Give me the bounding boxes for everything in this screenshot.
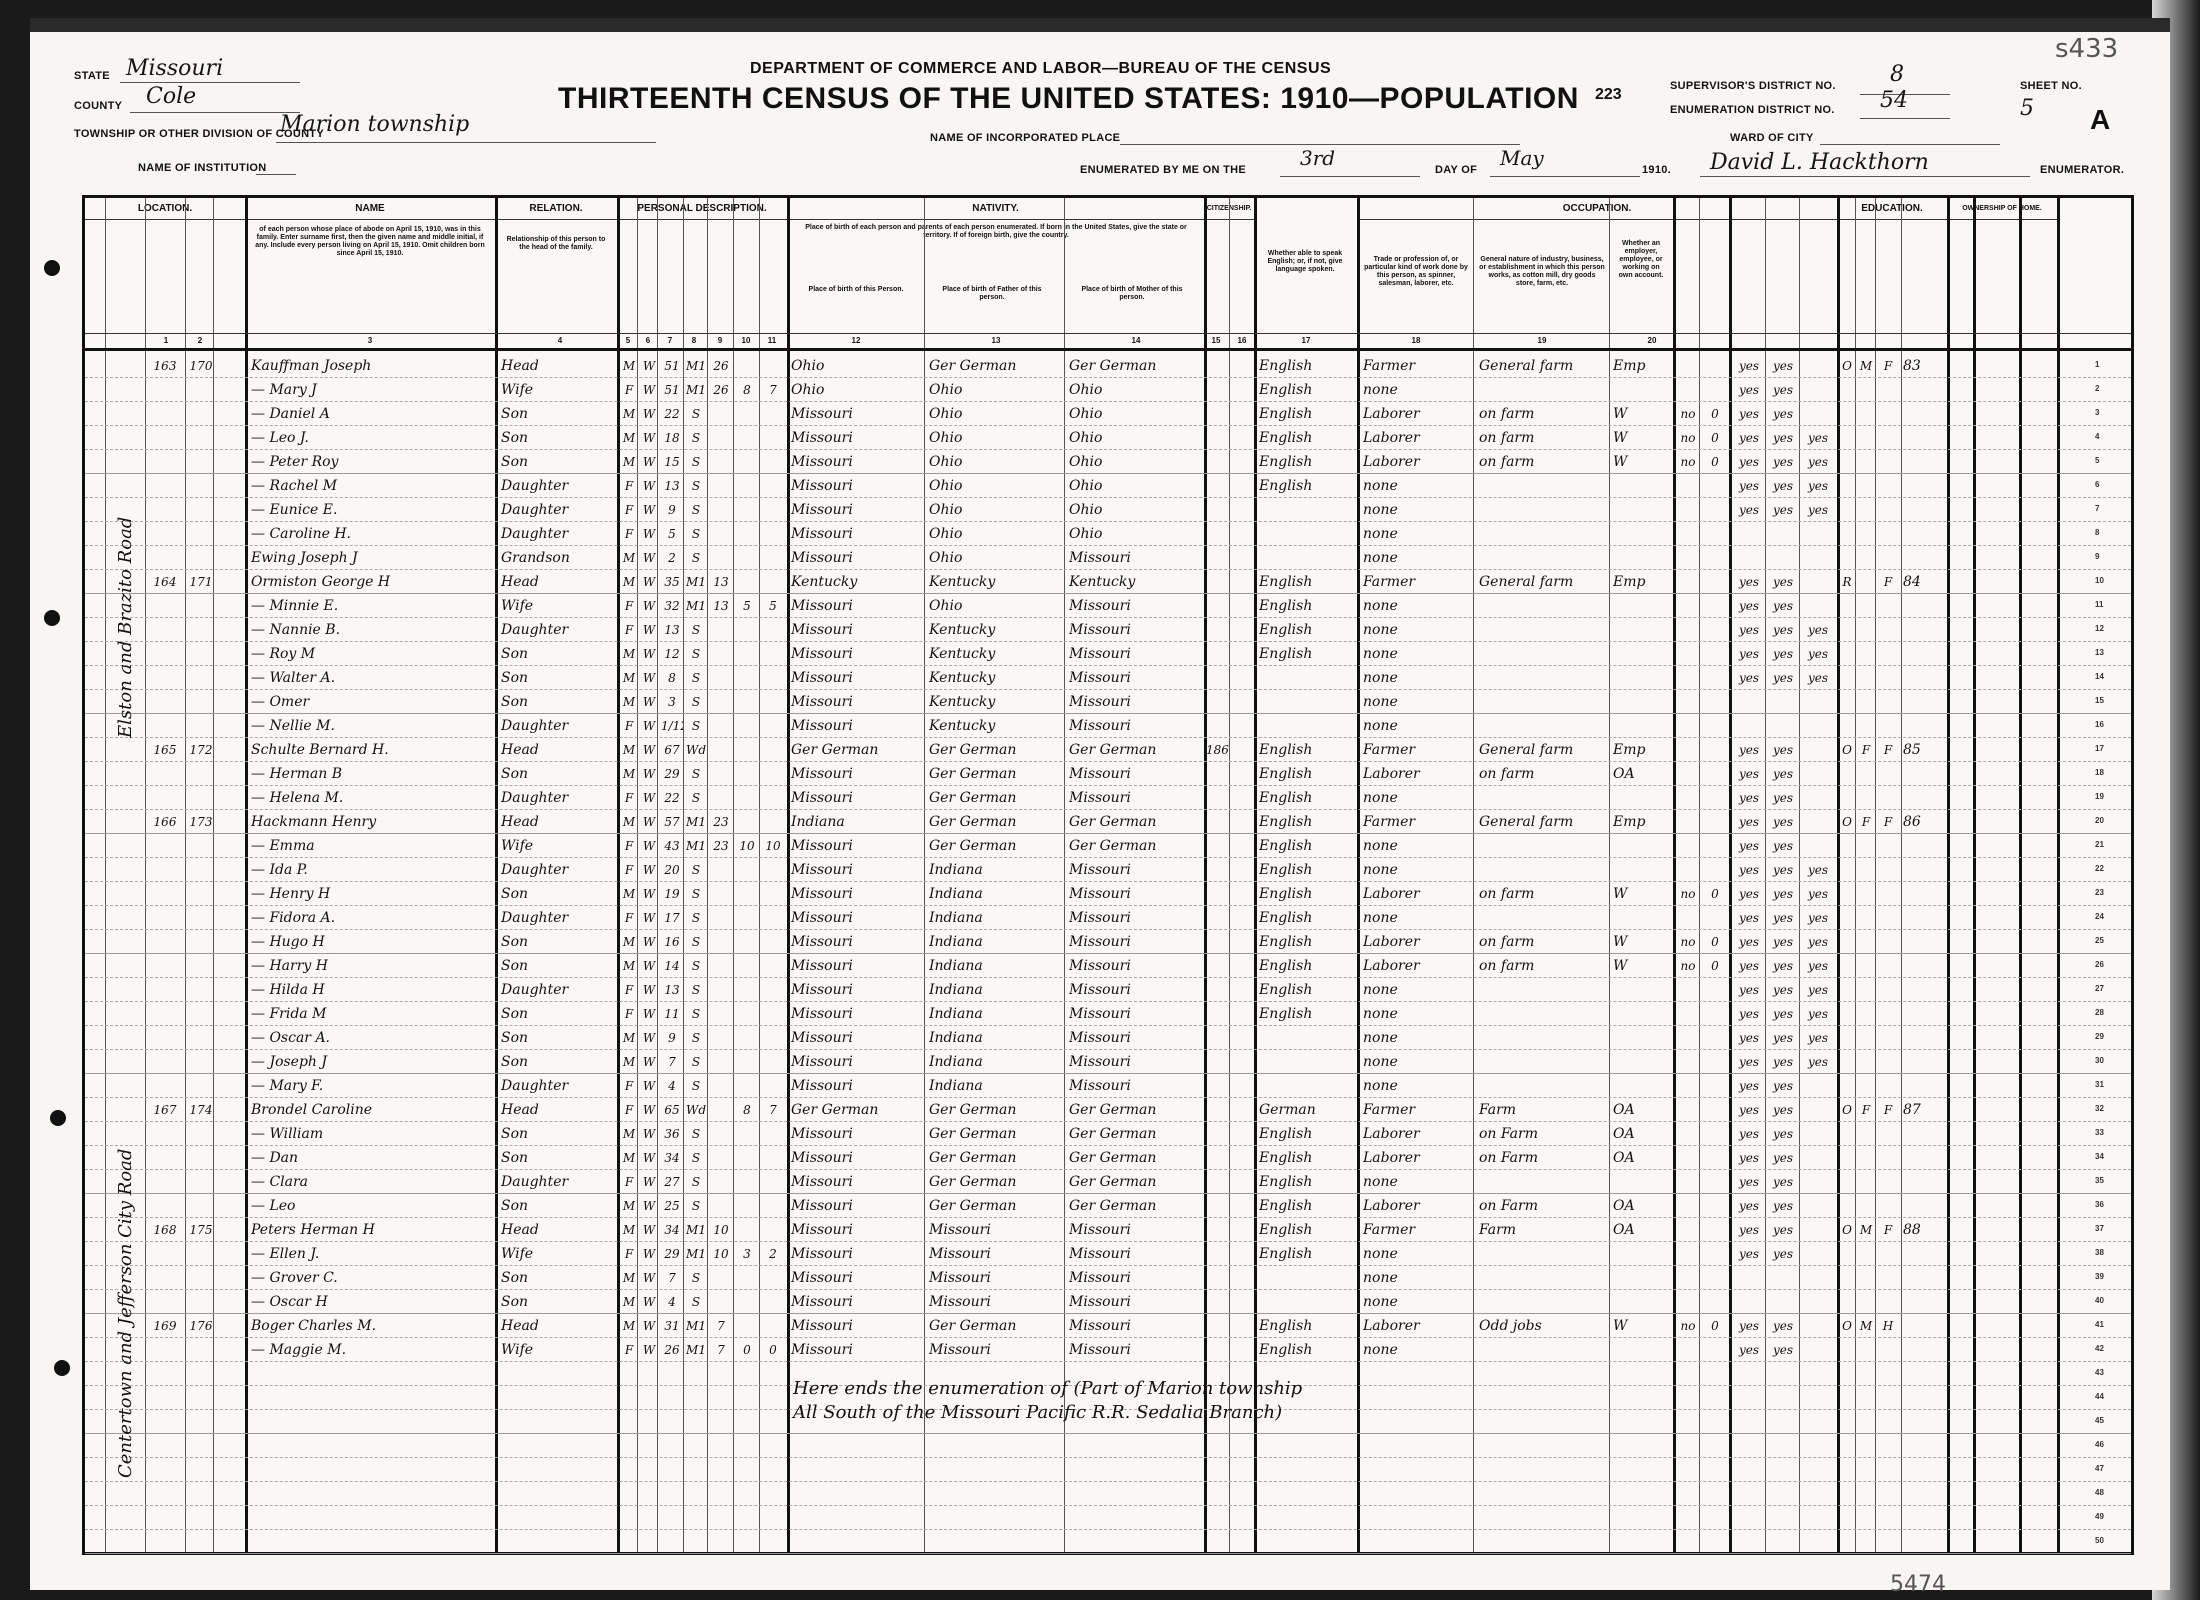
cell-read: yes — [1733, 1219, 1765, 1241]
cell-marital: M1 — [685, 595, 707, 617]
cell-father-birth: Ger German — [929, 835, 1059, 857]
line-number: 7 — [2095, 504, 2099, 513]
cell-marital: S — [685, 1195, 707, 1217]
cell-employer: Emp — [1613, 571, 1669, 593]
cell-marital: S — [685, 1075, 707, 1097]
cell-english: English — [1259, 1171, 1355, 1193]
cell-mother-birth: Ger German — [1069, 1195, 1199, 1217]
cell-industry: on farm — [1479, 763, 1607, 785]
cell-marital: S — [685, 1147, 707, 1169]
cell-english: English — [1259, 355, 1355, 377]
cell-read: yes — [1733, 931, 1765, 953]
cell-father-birth: Indiana — [929, 907, 1059, 929]
cell-race: W — [641, 571, 657, 593]
cell-age: 27 — [661, 1171, 683, 1193]
cell-race: W — [641, 979, 657, 1001]
cell-relation: Head — [501, 811, 613, 833]
cell-write: yes — [1767, 1051, 1799, 1073]
cell-trade: Laborer — [1363, 763, 1471, 785]
cell-dwelling: 163 — [147, 355, 183, 377]
county-label: COUNTY — [74, 100, 122, 112]
cell-father-birth: Ohio — [929, 523, 1059, 545]
cell-age: 14 — [661, 955, 683, 977]
cell-read: yes — [1733, 811, 1765, 833]
cell-birth: Missouri — [791, 907, 921, 929]
cell-birth: Missouri — [791, 1147, 921, 1169]
cell-sex: M — [621, 931, 637, 953]
cell-race: W — [641, 667, 657, 689]
cell-father-birth: Ger German — [929, 1099, 1059, 1121]
census-sheet: STATE Missouri COUNTY Cole TOWNSHIP OR O… — [30, 18, 2170, 1590]
cell-father-birth: Missouri — [929, 1291, 1059, 1313]
cell-race: W — [641, 907, 657, 929]
line-number: 15 — [2095, 696, 2104, 705]
cell-children-born: 5 — [735, 595, 759, 617]
cell-father-birth: Missouri — [929, 1219, 1059, 1241]
table-row: 25— Hugo HSonMW16SMissouriIndianaMissour… — [85, 930, 2131, 954]
cell-birth: Missouri — [791, 427, 921, 449]
cell-birth: Ohio — [791, 355, 921, 377]
cell-race: W — [641, 1099, 657, 1121]
table-row: 37168175Peters Herman HHeadMW34M110Misso… — [85, 1218, 2131, 1242]
cell-sex: F — [621, 1339, 637, 1361]
cell-english: English — [1259, 403, 1355, 425]
cell-sex: F — [621, 1003, 637, 1025]
cell-age: 32 — [661, 595, 683, 617]
cell-race: W — [641, 1027, 657, 1049]
line-number: 45 — [2095, 1416, 2104, 1425]
table-row: 24— Fidora A.DaughterFW17SMissouriIndian… — [85, 906, 2131, 930]
cell-age: 57 — [661, 811, 683, 833]
cell-industry: on Farm — [1479, 1195, 1607, 1217]
cell-race: W — [641, 619, 657, 641]
cell-industry: on farm — [1479, 931, 1607, 953]
cell-dwelling: 165 — [147, 739, 183, 761]
cell-name: — Ellen J. — [251, 1243, 491, 1265]
cell-name: — Harry H — [251, 955, 491, 977]
enumerated-day: 3rd — [1300, 146, 1335, 170]
cell-race: W — [641, 787, 657, 809]
cell-name: — Caroline H. — [251, 523, 491, 545]
cell-read: yes — [1733, 787, 1765, 809]
birth-father-header: Place of birth of Father of this person. — [927, 284, 1057, 304]
cell-dwelling: 169 — [147, 1315, 183, 1337]
line-number: 13 — [2095, 648, 2104, 657]
cell-family: 172 — [187, 739, 215, 761]
cell-birth: Missouri — [791, 883, 921, 905]
supervisor-district-value: 8 — [1890, 62, 1904, 87]
line-number: 3 — [2095, 408, 2099, 417]
cell-name: — Hugo H — [251, 931, 491, 953]
cell-mother-birth: Missouri — [1069, 619, 1199, 641]
cell-age: 13 — [661, 619, 683, 641]
line-number: 21 — [2095, 840, 2104, 849]
cell-sex: M — [621, 1051, 637, 1073]
line-number: 36 — [2095, 1200, 2104, 1209]
sheet-letter: A — [2090, 104, 2110, 136]
cell-sex: F — [621, 979, 637, 1001]
cell-children-born: 8 — [735, 379, 759, 401]
cell-english: English — [1259, 1315, 1355, 1337]
cell-read: yes — [1733, 619, 1765, 641]
table-row: 40— Oscar HSonMW4SMissouriMissouriMissou… — [85, 1290, 2131, 1314]
cell-relation: Daughter — [501, 475, 613, 497]
cell-sex: M — [621, 1123, 637, 1145]
cell-father-birth: Ohio — [929, 547, 1059, 569]
cell-sex: F — [621, 475, 637, 497]
cell-own: O — [1839, 739, 1855, 761]
cell-name: — Emma — [251, 835, 491, 857]
cell-write: yes — [1767, 1003, 1799, 1025]
cell-years-married: 13 — [709, 595, 733, 617]
cell-industry: Farm — [1479, 1219, 1607, 1241]
cell-father-birth: Ohio — [929, 403, 1059, 425]
cell-race: W — [641, 499, 657, 521]
cell-relation: Wife — [501, 1243, 613, 1265]
cell-mother-birth: Ger German — [1069, 835, 1199, 857]
cell-relation: Son — [501, 1267, 613, 1289]
cell-read: yes — [1733, 1147, 1765, 1169]
cell-marital: S — [685, 907, 707, 929]
cell-english: English — [1259, 763, 1355, 785]
cell-mother-birth: Ger German — [1069, 811, 1199, 833]
cell-age: 65 — [661, 1099, 683, 1121]
line-number: 44 — [2095, 1392, 2104, 1401]
name-description: of each person whose place of abode on A… — [250, 224, 490, 260]
cell-mother-birth: Missouri — [1069, 1243, 1199, 1265]
cell-mother-birth: Missouri — [1069, 859, 1199, 881]
table-row: 42— Maggie M.WifeFW26M1700MissouriMissou… — [85, 1338, 2131, 1362]
cell-age: 13 — [661, 475, 683, 497]
cell-write: yes — [1767, 1339, 1799, 1361]
cell-age: 35 — [661, 571, 683, 593]
cell-sched: 87 — [1903, 1099, 1943, 1121]
cell-birth: Ger German — [791, 739, 921, 761]
enumeration-district-value: 54 — [1880, 88, 1908, 113]
cell-name: — Mary J — [251, 379, 491, 401]
cell-father-birth: Ger German — [929, 1195, 1059, 1217]
cell-relation: Daughter — [501, 1075, 613, 1097]
cell-birth: Missouri — [791, 643, 921, 665]
cell-relation: Daughter — [501, 787, 613, 809]
cell-trade: none — [1363, 667, 1471, 689]
line-number: 39 — [2095, 1272, 2104, 1281]
cell-father-birth: Indiana — [929, 979, 1059, 1001]
cell-school: yes — [1801, 1003, 1835, 1025]
cell-father-birth: Ohio — [929, 475, 1059, 497]
cell-write: yes — [1767, 883, 1799, 905]
birth-mother-header: Place of birth of Mother of this person. — [1067, 284, 1197, 304]
cell-employer: Emp — [1613, 811, 1669, 833]
cell-relation: Son — [501, 1051, 613, 1073]
cell-write: yes — [1767, 1123, 1799, 1145]
cell-trade: none — [1363, 475, 1471, 497]
cell-dwelling: 166 — [147, 811, 183, 833]
cell-marital: M1 — [685, 355, 707, 377]
cell-industry: on farm — [1479, 427, 1607, 449]
cell-sex: M — [621, 355, 637, 377]
cell-read: yes — [1733, 1171, 1765, 1193]
cell-relation: Son — [501, 1147, 613, 1169]
cell-industry: General farm — [1479, 355, 1607, 377]
cell-mother-birth: Missouri — [1069, 595, 1199, 617]
cell-english: English — [1259, 931, 1355, 953]
cell-relation: Head — [501, 571, 613, 593]
cell-mother-birth: Missouri — [1069, 1051, 1199, 1073]
cell-marital: M1 — [685, 1339, 707, 1361]
cell-father-birth: Indiana — [929, 1027, 1059, 1049]
cell-sex: F — [621, 619, 637, 641]
cell-read: yes — [1733, 1315, 1765, 1337]
cell-race: W — [641, 1147, 657, 1169]
cell-farm: F — [1877, 1099, 1899, 1121]
cell-father-birth: Indiana — [929, 883, 1059, 905]
cell-sex: M — [621, 1147, 637, 1169]
cell-years-married: 7 — [709, 1315, 733, 1337]
enumerator-name: David L. Hackthorn — [1710, 150, 1929, 175]
cell-father-birth: Kentucky — [929, 571, 1059, 593]
cell-name: — Herman B — [251, 763, 491, 785]
table-row: 3— Daniel ASonMW22SMissouriOhioOhioEngli… — [85, 402, 2131, 426]
cell-dwelling: 164 — [147, 571, 183, 593]
cell-name: — Joseph J — [251, 1051, 491, 1073]
cell-birth: Missouri — [791, 547, 921, 569]
cell-marital: S — [685, 451, 707, 473]
table-row: 12— Nannie B.DaughterFW13SMissouriKentuc… — [85, 618, 2131, 642]
cell-name: — Helena M. — [251, 787, 491, 809]
cell-sex: F — [621, 523, 637, 545]
line-number: 8 — [2095, 528, 2099, 537]
cell-marital: S — [685, 931, 707, 953]
cell-sex: M — [621, 1195, 637, 1217]
cell-relation: Wife — [501, 835, 613, 857]
cell-read: yes — [1733, 1051, 1765, 1073]
cell-sex: M — [621, 763, 637, 785]
cell-relation: Daughter — [501, 907, 613, 929]
cell-trade: Laborer — [1363, 451, 1471, 473]
cell-trade: none — [1363, 595, 1471, 617]
cell-employer: W — [1613, 883, 1669, 905]
punch-hole — [44, 610, 60, 626]
cell-employer: W — [1613, 451, 1669, 473]
cell-read: yes — [1733, 451, 1765, 473]
line-number: 40 — [2095, 1296, 2104, 1305]
cell-father-birth: Ohio — [929, 595, 1059, 617]
line-number: 14 — [2095, 672, 2104, 681]
cell-write: yes — [1767, 1027, 1799, 1049]
line-number: 31 — [2095, 1080, 2104, 1089]
cell-english: English — [1259, 1195, 1355, 1217]
cell-trade: none — [1363, 1027, 1471, 1049]
cell-read: yes — [1733, 1075, 1765, 1097]
cell-write: yes — [1767, 1075, 1799, 1097]
cell-read: yes — [1733, 1243, 1765, 1265]
cell-read: yes — [1733, 1099, 1765, 1121]
cell-write: yes — [1767, 1315, 1799, 1337]
cell-trade: Farmer — [1363, 739, 1471, 761]
county-value: Cole — [146, 84, 196, 109]
table-row: 16— Nellie M.DaughterFW1/12SMissouriKent… — [85, 714, 2131, 738]
cell-english: English — [1259, 595, 1355, 617]
cell-age: 31 — [661, 1315, 683, 1337]
cell-write: yes — [1767, 1171, 1799, 1193]
cell-father-birth: Kentucky — [929, 715, 1059, 737]
cell-read: yes — [1733, 499, 1765, 521]
cell-marital: S — [685, 643, 707, 665]
cell-father-birth: Ohio — [929, 451, 1059, 473]
trade-header: Trade or profession of, or particular ki… — [1361, 254, 1471, 290]
cell-relation: Son — [501, 763, 613, 785]
cell-trade: Farmer — [1363, 1099, 1471, 1121]
punch-hole — [50, 1110, 66, 1126]
cell-english: English — [1259, 1147, 1355, 1169]
cell-mother-birth: Missouri — [1069, 1003, 1199, 1025]
cell-age: 9 — [661, 499, 683, 521]
cell-english: English — [1259, 451, 1355, 473]
cell-relation: Head — [501, 739, 613, 761]
cell-name: — William — [251, 1123, 491, 1145]
cell-read: yes — [1733, 595, 1765, 617]
cell-mother-birth: Missouri — [1069, 715, 1199, 737]
cell-age: 16 — [661, 931, 683, 953]
cell-name: — Ida P. — [251, 859, 491, 881]
cell-sex: F — [621, 1171, 637, 1193]
cell-dwelling: 167 — [147, 1099, 183, 1121]
table-row: 2— Mary JWifeFW51M12687OhioOhioOhioEngli… — [85, 378, 2131, 402]
cell-age: 29 — [661, 763, 683, 785]
cell-trade: Laborer — [1363, 931, 1471, 953]
cell-trade: none — [1363, 907, 1471, 929]
cell-employer: OA — [1613, 1147, 1669, 1169]
table-row: 30— Joseph JSonMW7SMissouriIndianaMissou… — [85, 1050, 2131, 1074]
table-row: 8— Caroline H.DaughterFW5SMissouriOhioOh… — [85, 522, 2131, 546]
cell-english: English — [1259, 883, 1355, 905]
census-table: LOCATION. NAME of each person whose plac… — [82, 195, 2134, 1555]
line-number: 2 — [2095, 384, 2099, 393]
cell-relation: Head — [501, 1219, 613, 1241]
cell-relation: Son — [501, 1027, 613, 1049]
sheet-label: SHEET NO. — [2020, 80, 2082, 92]
cell-sex: M — [621, 1267, 637, 1289]
table-row: 19— Helena M.DaughterFW22SMissouriGer Ge… — [85, 786, 2131, 810]
cell-sex: F — [621, 907, 637, 929]
cell-race: W — [641, 955, 657, 977]
cell-mother-birth: Ger German — [1069, 1171, 1199, 1193]
cell-write: yes — [1767, 859, 1799, 881]
cell-mother-birth: Missouri — [1069, 643, 1199, 665]
cell-birth: Missouri — [791, 475, 921, 497]
table-row: 14— Walter A.SonMW8SMissouriKentuckyMiss… — [85, 666, 2131, 690]
cell-birth: Missouri — [791, 1267, 921, 1289]
cell-out-work: no — [1677, 931, 1699, 953]
cell-employer: W — [1613, 427, 1669, 449]
cell-sex: F — [621, 379, 637, 401]
group-relation: RELATION. — [495, 198, 617, 220]
cell-birth: Missouri — [791, 1219, 921, 1241]
enumerator-label: ENUMERATOR. — [2040, 164, 2124, 176]
cell-birth: Indiana — [791, 811, 921, 833]
cell-relation: Daughter — [501, 619, 613, 641]
cell-write: yes — [1767, 499, 1799, 521]
cell-trade: Laborer — [1363, 1123, 1471, 1145]
cell-out-work: no — [1677, 403, 1699, 425]
cell-sex: M — [621, 955, 637, 977]
cell-employer: OA — [1613, 1195, 1669, 1217]
cell-mother-birth: Kentucky — [1069, 571, 1199, 593]
cell-trade: none — [1363, 1075, 1471, 1097]
cell-age: 20 — [661, 859, 683, 881]
cell-marital: M1 — [685, 1243, 707, 1265]
cell-read: yes — [1733, 1339, 1765, 1361]
cell-family: 174 — [187, 1099, 215, 1121]
line-number: 49 — [2095, 1512, 2104, 1521]
cell-age: 15 — [661, 451, 683, 473]
cell-write: yes — [1767, 451, 1799, 473]
cell-father-birth: Missouri — [929, 1339, 1059, 1361]
cell-father-birth: Indiana — [929, 1075, 1059, 1097]
cell-english: English — [1259, 739, 1355, 761]
cell-race: W — [641, 355, 657, 377]
group-location: LOCATION. — [85, 198, 245, 220]
table-row: 31— Mary F.DaughterFW4SMissouriIndianaMi… — [85, 1074, 2131, 1098]
cell-birth: Missouri — [791, 595, 921, 617]
cell-marital: S — [685, 1051, 707, 1073]
line-number: 32 — [2095, 1104, 2104, 1113]
cell-mother-birth: Missouri — [1069, 907, 1199, 929]
table-row: 13— Roy MSonMW12SMissouriKentuckyMissour… — [85, 642, 2131, 666]
cell-race: W — [641, 1051, 657, 1073]
cell-mort: F — [1857, 1099, 1875, 1121]
group-personal-description: PERSONAL DESCRIPTION. — [617, 198, 787, 220]
cell-father-birth: Ger German — [929, 1123, 1059, 1145]
cell-birth: Missouri — [791, 1195, 921, 1217]
cell-employer: Emp — [1613, 355, 1669, 377]
cell-relation: Son — [501, 451, 613, 473]
cell-marital: S — [685, 763, 707, 785]
cell-name: Ewing Joseph J — [251, 547, 491, 569]
cell-trade: Laborer — [1363, 403, 1471, 425]
cell-write: yes — [1767, 667, 1799, 689]
cell-school: yes — [1801, 427, 1835, 449]
cell-marital: S — [685, 883, 707, 905]
table-row: 21— EmmaWifeFW43M1231010MissouriGer Germ… — [85, 834, 2131, 858]
table-row: 32167174Brondel CarolineHeadFW65Wd87Ger … — [85, 1098, 2131, 1122]
cell-relation: Son — [501, 955, 613, 977]
cell-race: W — [641, 739, 657, 761]
cell-write: yes — [1767, 811, 1799, 833]
cell-trade: none — [1363, 715, 1471, 737]
side-note-upper: Elston and Brazito Road — [115, 517, 136, 738]
table-row: 36— LeoSonMW25SMissouriGer GermanGer Ger… — [85, 1194, 2131, 1218]
cell-weeks-out: 0 — [1703, 955, 1727, 977]
cell-mother-birth: Missouri — [1069, 547, 1199, 569]
cell-age: 11 — [661, 1003, 683, 1025]
cell-race: W — [641, 883, 657, 905]
cell-race: W — [641, 859, 657, 881]
cell-write: yes — [1767, 1195, 1799, 1217]
cell-father-birth: Ger German — [929, 1147, 1059, 1169]
cell-father-birth: Missouri — [929, 1267, 1059, 1289]
cell-write: yes — [1767, 595, 1799, 617]
cell-children-born: 10 — [735, 835, 759, 857]
table-row: 23— Henry HSonMW19SMissouriIndianaMissou… — [85, 882, 2131, 906]
cell-race: W — [641, 475, 657, 497]
year: 1910. — [1642, 164, 1671, 176]
cell-school: yes — [1801, 931, 1835, 953]
cell-race: W — [641, 763, 657, 785]
ward-label: WARD OF CITY — [1730, 132, 1814, 144]
cell-age: 18 — [661, 427, 683, 449]
